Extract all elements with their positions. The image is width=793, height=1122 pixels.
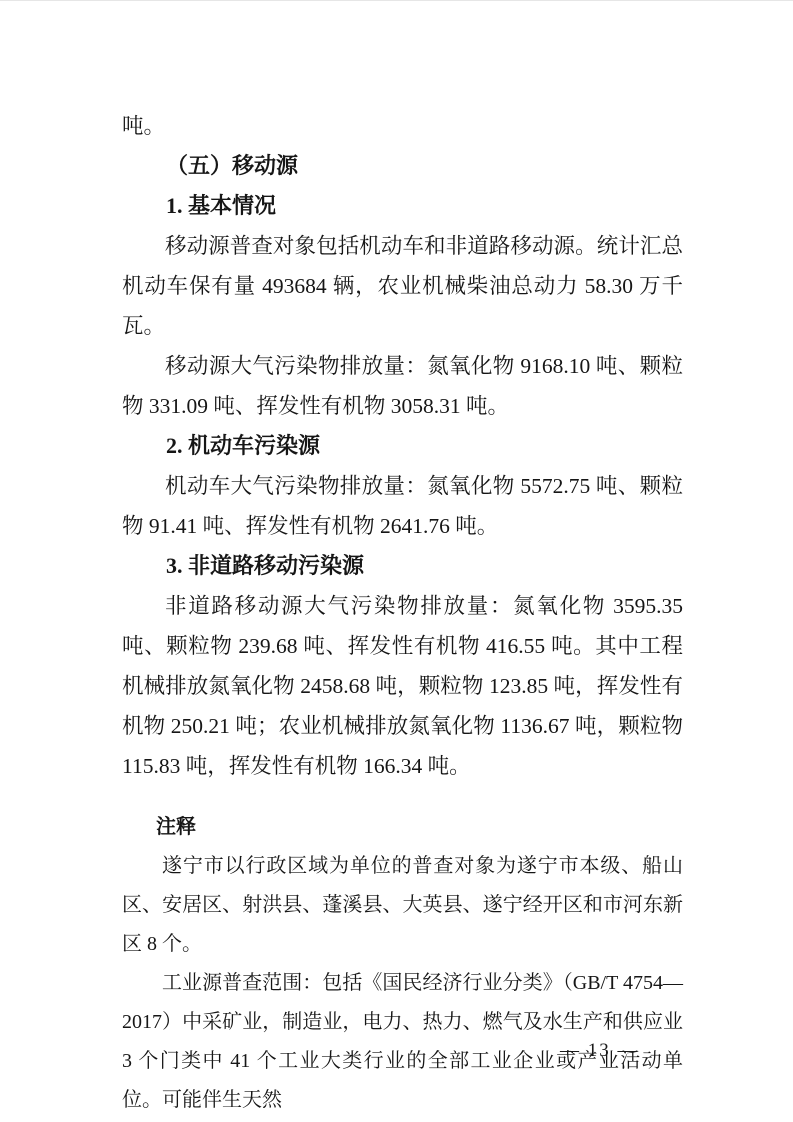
section-heading-mobile-sources: （五）移动源: [122, 146, 683, 186]
notes-title: 注释: [122, 808, 683, 847]
page-body-text: 吨。 （五）移动源 1. 基本情况 移动源普查对象包括机动车和非道路移动源。统计…: [122, 106, 683, 1120]
notes-section: 注释 遂宁市以行政区域为单位的普查对象为遂宁市本级、船山区、安居区、射洪县、蓬溪…: [122, 808, 683, 1120]
subsection-heading-motor-vehicle: 2. 机动车污染源: [122, 426, 683, 466]
paragraph-motor-vehicle-emissions: 机动车大气污染物排放量：氮氧化物 5572.75 吨、颗粒物 91.41 吨、挥…: [122, 466, 683, 546]
paragraph-non-road-emissions: 非道路移动源大气污染物排放量：氮氧化物 3595.35 吨、颗粒物 239.68…: [122, 586, 683, 786]
paragraph-carryover: 吨。: [122, 106, 683, 146]
notes-paragraph-census-regions: 遂宁市以行政区域为单位的普查对象为遂宁市本级、船山区、安居区、射洪县、蓬溪县、大…: [122, 847, 683, 964]
paragraph-mobile-source-emissions: 移动源大气污染物排放量：氮氧化物 9168.10 吨、颗粒物 331.09 吨、…: [122, 346, 683, 426]
document-page: 吨。 （五）移动源 1. 基本情况 移动源普查对象包括机动车和非道路移动源。统计…: [0, 0, 793, 1122]
paragraph-mobile-source-overview: 移动源普查对象包括机动车和非道路移动源。统计汇总机动车保有量 493684 辆，…: [122, 226, 683, 346]
subsection-heading-basic-situation: 1. 基本情况: [122, 186, 683, 226]
subsection-heading-non-road: 3. 非道路移动污染源: [122, 546, 683, 586]
page-number: — 13 —: [560, 1039, 639, 1063]
